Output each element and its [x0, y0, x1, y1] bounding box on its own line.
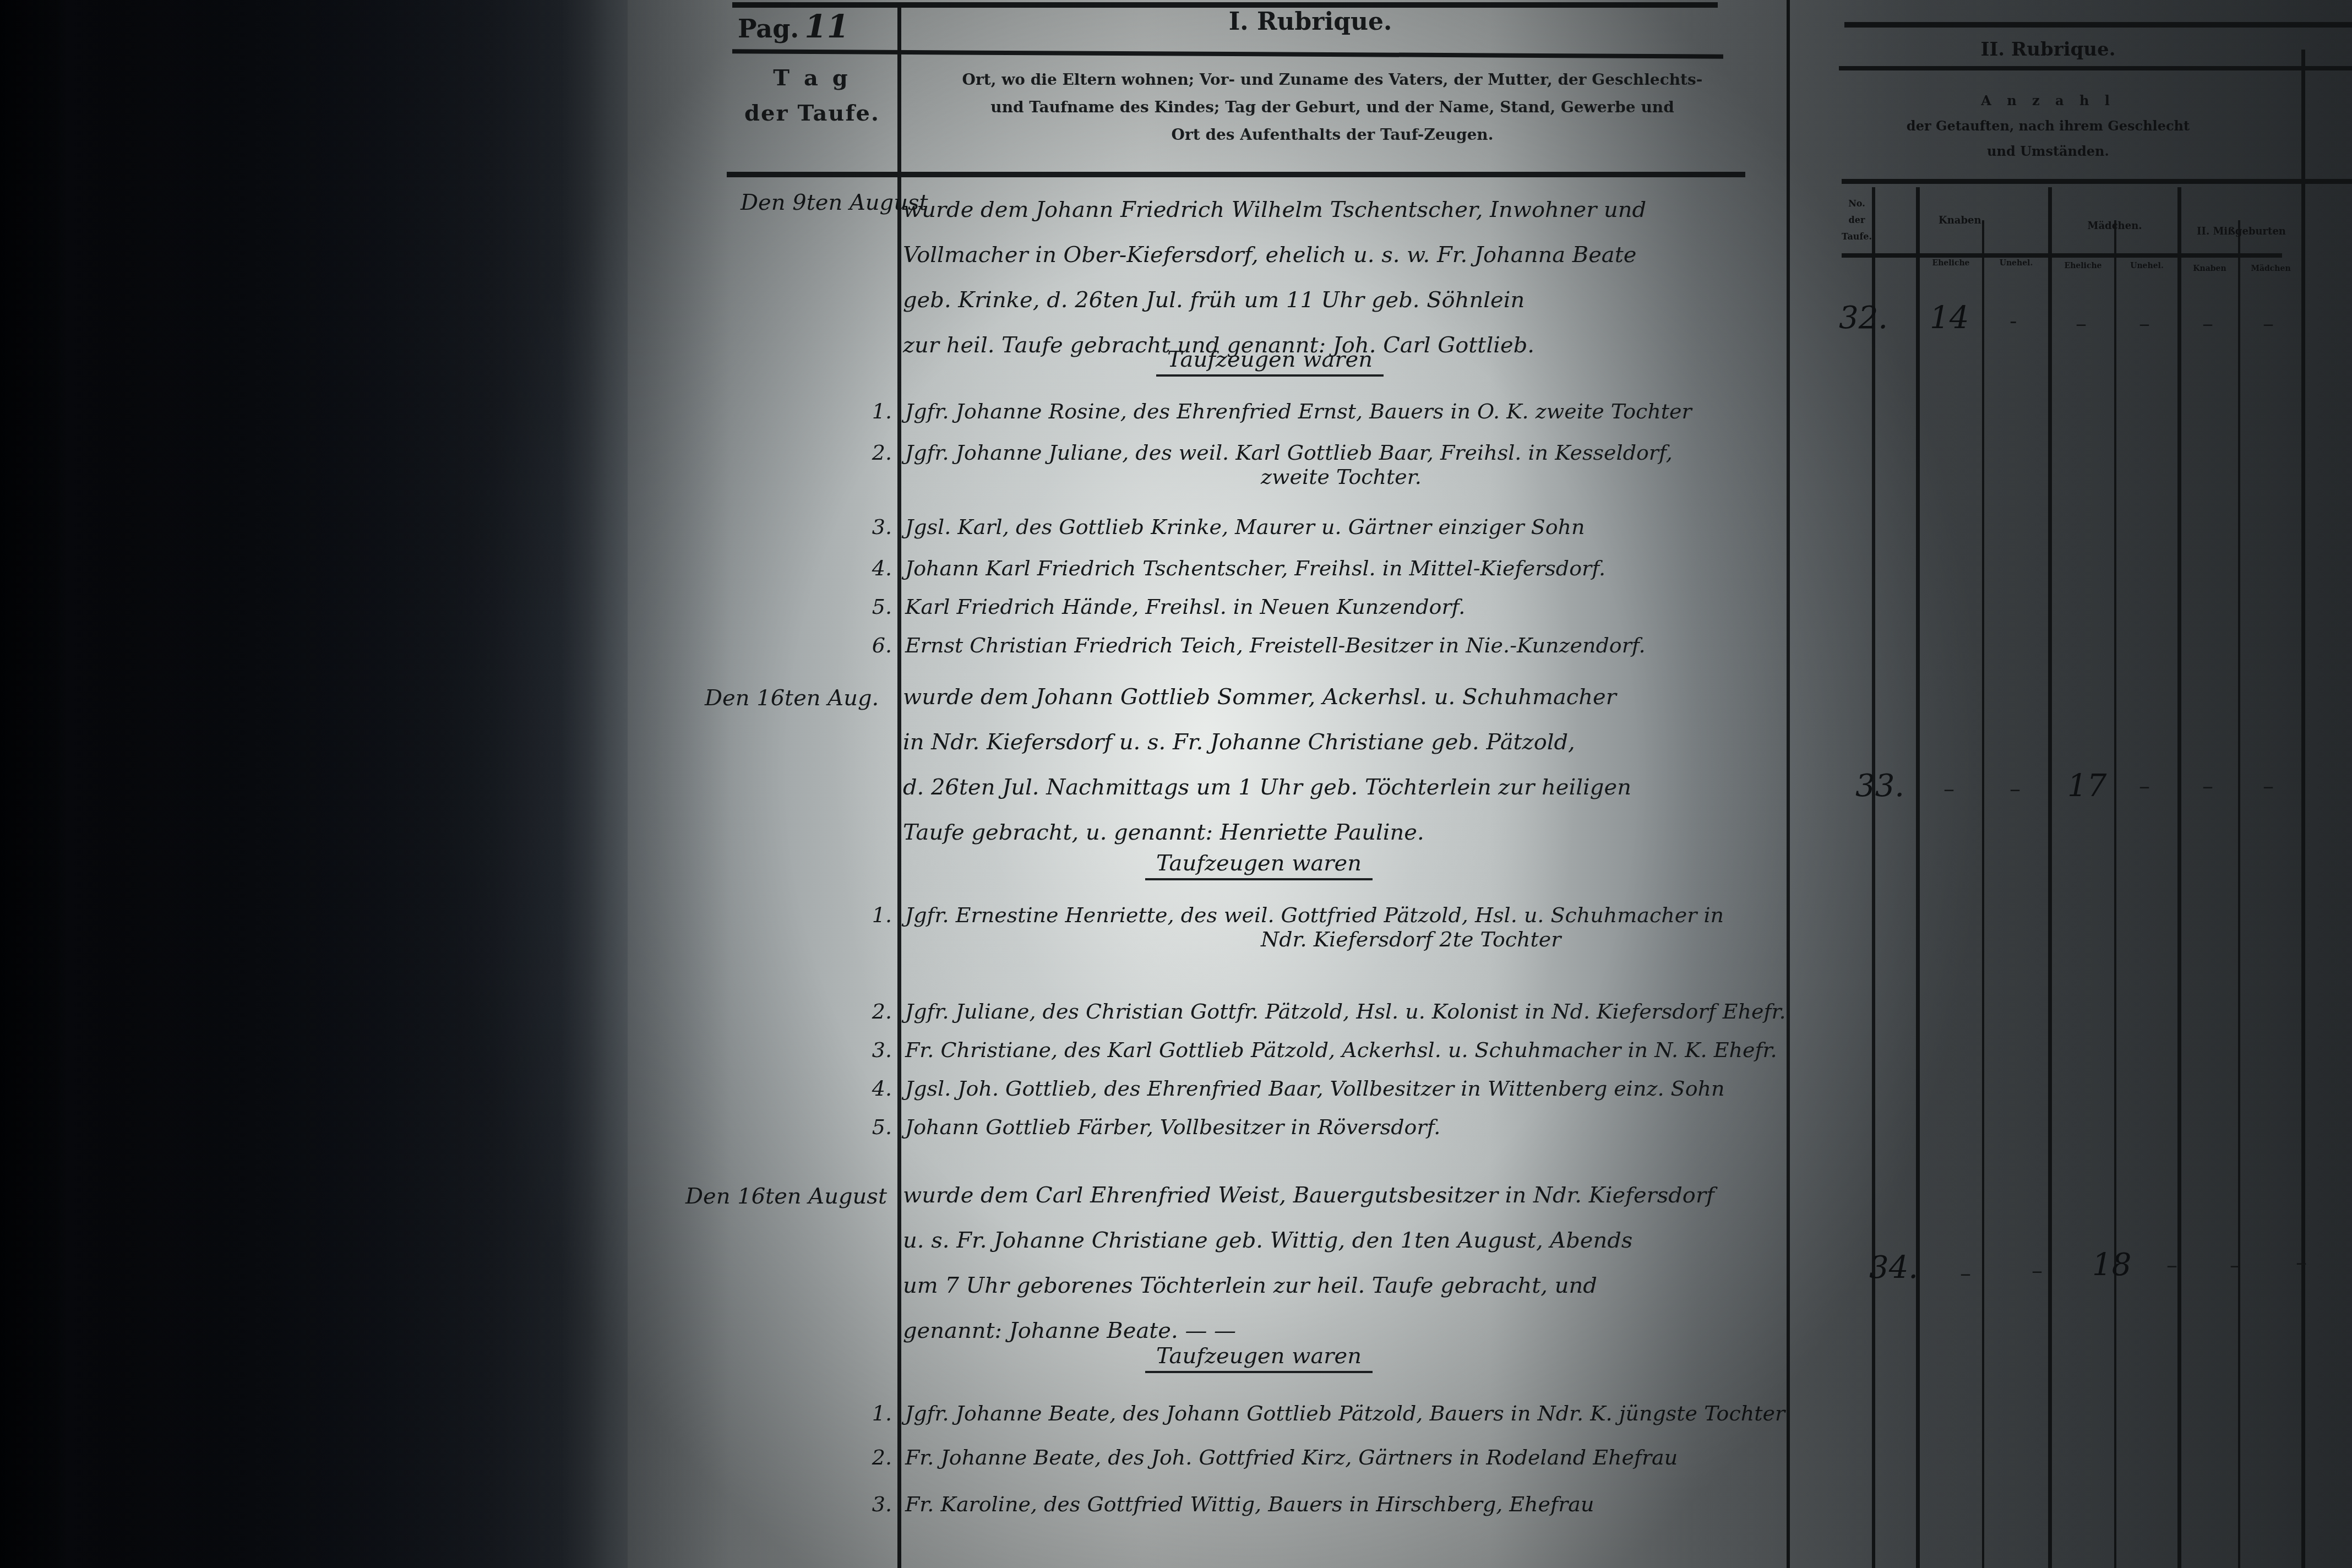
entry-2-text: wurde dem Johann Gottlieb Sommer, Ackerh… [903, 674, 1789, 855]
rub2-col-maedchen-ehel: Eheliche [2052, 262, 2114, 270]
entry-1-line-1: wurde dem Johann Friedrich Wilhelm Tsche… [903, 187, 1789, 232]
rub2-desc-line-3: und Umständen. [1866, 139, 2230, 164]
entry-1-witness-2: 2.Jgfr. Johanne Juliane, des weil. Karl … [859, 440, 1795, 489]
rub2-vline-6 [2177, 187, 2181, 1568]
header-rule-2 [727, 172, 1745, 177]
rub2-col-miss-maedchen: Mädchen [2240, 264, 2301, 273]
entry-2-miss-knaben: – [2202, 774, 2213, 799]
rub2-sub-rule [1842, 253, 2282, 258]
rubrique-1-description: Ort, wo die Eltern wohnen; Vor- und Zuna… [925, 66, 1740, 149]
entry-3-witness-3: 3.Fr. Karoline, des Gottfried Wittig, Ba… [859, 1492, 1795, 1516]
rub2-top-rule [1844, 22, 2352, 28]
entry-2-witness-4: 4.Jgsl. Joh. Gottlieb, des Ehrenfried Ba… [859, 1076, 1795, 1101]
entry-1-witness-5: 5.Karl Friedrich Hände, Freihsl. in Neue… [859, 595, 1795, 619]
rub2-col-maedchen: Mädchen. [2052, 220, 2177, 232]
entry-1-knaben-unehel: - [2010, 308, 2017, 334]
rub2-vline-2 [1916, 187, 1920, 1568]
entry-2-witness-2: 2.Jgfr. Juliane, des Christian Gottfr. P… [859, 999, 1795, 1023]
rub2-title-rule [1839, 66, 2352, 70]
rub2-col-no: No. der Taufe. [1842, 195, 1872, 245]
rub2-desc-rule [1842, 179, 2352, 184]
rub2-col-knaben: Knaben. [1875, 215, 2048, 226]
entry-2-no: 33. [1855, 768, 1904, 804]
entry-1-miss-knaben: – [2202, 311, 2213, 336]
rubrique-1-title: I. Rubrique. [914, 8, 1707, 36]
entry-2-maedchen-ehel: 17 [2067, 768, 2106, 804]
rubrique-2-title: II. Rubrique. [1910, 39, 2186, 61]
entry-2-maedchen-unehel: – [2139, 774, 2150, 799]
rub2-col-miss-knaben: Knaben [2181, 264, 2238, 273]
rub2-vline-3 [1982, 220, 1984, 1568]
rub2-vline-5 [2114, 220, 2116, 1568]
entry-3-miss-maedchen: – [2296, 1250, 2307, 1275]
entry-2-knaben-unehel: – [2010, 776, 2021, 802]
date-column-header: T a g der Taufe. [721, 61, 903, 131]
entry-3-no: 34. [1869, 1250, 1918, 1286]
rubrique-2-description: A n z a h l der Getauften, nach ihrem Ge… [1866, 88, 2230, 164]
entry-3-line-2: u. s. Fr. Johanne Christiane geb. Wittig… [903, 1218, 1789, 1263]
rub2-desc-line-1: A n z a h l [1866, 88, 2230, 113]
entry-1-maedchen-unehel: – [2139, 311, 2150, 336]
page-edge [562, 0, 628, 1568]
page-number: 11 [804, 8, 849, 45]
rub2-vline-8 [2301, 50, 2305, 1568]
date-column-header-line1: T a g [721, 61, 903, 96]
entry-1-witness-6: 6.Ernst Christian Friedrich Teich, Freis… [859, 633, 1795, 657]
entry-3-maedchen-unehel: – [2166, 1253, 2177, 1278]
entry-1-date: Den 9ten August [741, 190, 928, 215]
entry-1-maedchen-ehel: – [2076, 311, 2087, 336]
entry-1-miss-maedchen: – [2263, 311, 2274, 336]
entry-2-date: Den 16ten Aug. [705, 685, 879, 711]
entry-1-witness-1: 1.Jgfr. Johanne Rosine, des Ehrenfried E… [859, 399, 1795, 423]
entry-1-witness-heading: Taufzeugen waren [1156, 347, 1384, 377]
entry-3-date: Den 16ten August [685, 1184, 887, 1209]
rub2-col-knaben-unehel: Unehel. [1984, 259, 2048, 268]
entry-2-line-1: wurde dem Johann Gottlieb Sommer, Ackerh… [903, 674, 1789, 720]
entry-2-witness-5: 5.Johann Gottlieb Färber, Vollbesitzer i… [859, 1115, 1795, 1139]
entry-2-line-4: Taufe gebracht, u. genannt: Henriette Pa… [903, 810, 1789, 855]
description-line-2: und Taufname des Kindes; Tag der Geburt,… [925, 94, 1740, 121]
entry-3-knaben-unehel: – [2032, 1258, 2043, 1283]
column-divider-date [897, 2, 901, 1568]
entry-1-knaben-ehel: 14 [1930, 300, 1969, 336]
entry-3-knaben-ehel: – [1960, 1261, 1971, 1286]
entry-1-line-3: geb. Krinke, d. 26ten Jul. früh um 11 Uh… [903, 277, 1789, 323]
entry-3-line-1: wurde dem Carl Ehrenfried Weist, Bauergu… [903, 1173, 1789, 1218]
rub2-vline-1 [1872, 187, 1875, 1568]
entry-2-line-2: in Ndr. Kiefersdorf u. s. Fr. Johanne Ch… [903, 720, 1789, 765]
entry-3-text: wurde dem Carl Ehrenfried Weist, Bauergu… [903, 1173, 1789, 1353]
entry-2-line-3: d. 26ten Jul. Nachmittags um 1 Uhr geb. … [903, 765, 1789, 810]
description-line-3: Ort des Aufenthalts der Tauf-Zeugen. [925, 121, 1740, 149]
rub2-vline-7 [2238, 220, 2240, 1568]
entry-2-witness-heading: Taufzeugen waren [1145, 851, 1373, 880]
top-rule [732, 2, 1718, 8]
page-label: Pag.11 [738, 8, 849, 45]
entry-3-witness-1: 1.Jgfr. Johanne Beate, des Johann Gottli… [859, 1401, 1795, 1425]
entry-3-witness-heading: Taufzeugen waren [1145, 1343, 1373, 1373]
entry-3-witness-2: 2.Fr. Johanne Beate, des Joh. Gottfried … [859, 1445, 1795, 1469]
entry-1-witness-3: 3.Jgsl. Karl, des Gottlieb Krinke, Maure… [859, 515, 1795, 539]
rub2-col-missgeburten: II. Mißgeburten [2181, 226, 2301, 237]
entry-2-witness-1: 1.Jgfr. Ernestine Henriette, des weil. G… [859, 903, 1795, 951]
entry-1-no: 32. [1839, 300, 1888, 336]
entry-1-line-2: Vollmacher in Ober-Kiefersdorf, ehelich … [903, 232, 1789, 277]
rub2-vline-4 [2048, 187, 2052, 1568]
date-column-header-line2: der Taufe. [721, 96, 903, 131]
rub2-col-maedchen-unehel: Unehel. [2116, 262, 2177, 270]
entry-3-miss-knaben: – [2230, 1253, 2241, 1278]
entry-2-knaben-ehel: – [1943, 776, 1954, 802]
entry-1-text: wurde dem Johann Friedrich Wilhelm Tsche… [903, 187, 1789, 368]
entry-2-witness-3: 3.Fr. Christiane, des Karl Gottlieb Pätz… [859, 1038, 1795, 1062]
page-label-text: Pag. [738, 14, 799, 43]
rub2-desc-line-2: der Getauften, nach ihrem Geschlecht [1866, 113, 2230, 139]
description-line-1: Ort, wo die Eltern wohnen; Vor- und Zuna… [925, 66, 1740, 94]
entry-3-line-3: um 7 Uhr geborenes Töchterlein zur heil.… [903, 1263, 1789, 1308]
entry-2-miss-maedchen: – [2263, 774, 2274, 799]
entry-1-witness-4: 4.Johann Karl Friedrich Tschentscher, Fr… [859, 556, 1795, 580]
book-gutter-shadow [0, 0, 562, 1568]
entry-3-maedchen-ehel: 18 [2092, 1247, 2131, 1283]
rub2-col-knaben-ehel: Eheliche [1920, 259, 1982, 268]
